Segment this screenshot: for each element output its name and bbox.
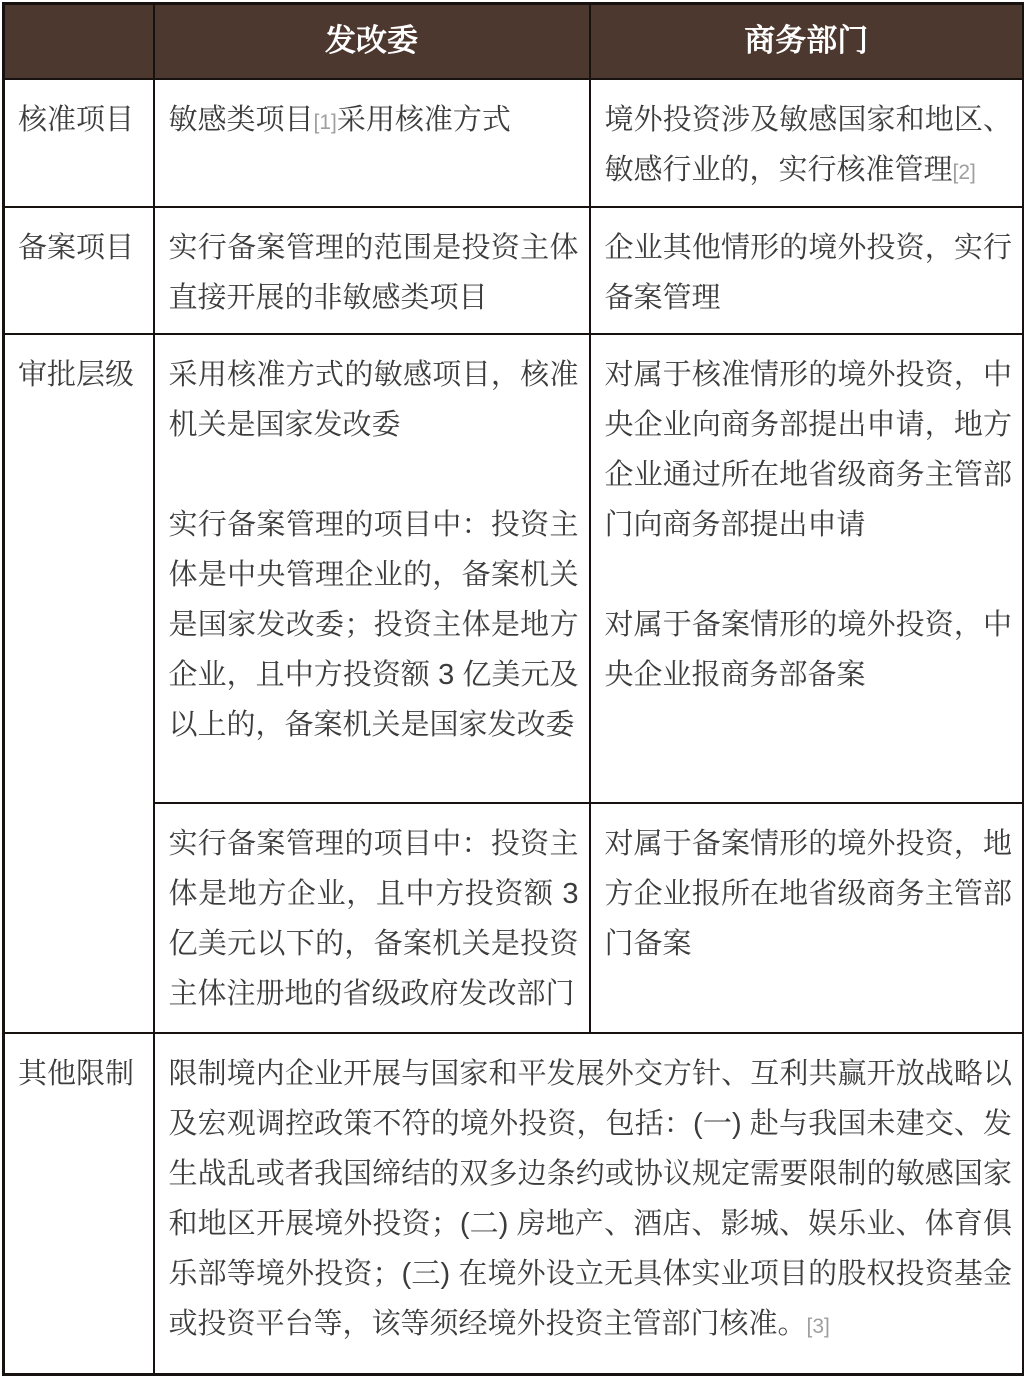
paragraph: 对属于备案情形的境外投资，地方企业报所在地省级商务主管部门备案 xyxy=(605,819,1013,969)
cell-filing-ndrc: 实行备案管理的范围是投资主体直接开展的非敏感类项目 xyxy=(154,207,590,334)
paragraph: 实行备案管理的范围是投资主体直接开展的非敏感类项目 xyxy=(169,223,579,323)
text-segment: 采用核准方式 xyxy=(337,104,511,136)
cell-level-sub2-ndrc: 实行备案管理的项目中：投资主体是地方企业，且中方投资额 3 亿美元以下的，备案机… xyxy=(154,803,590,1034)
table-header-row: 发改委 商务部门 xyxy=(4,4,1024,79)
cell-level-sub2-mofcom: 对属于备案情形的境外投资，地方企业报所在地省级商务主管部门备案 xyxy=(590,803,1024,1034)
table-row-approval-level-sub2: 实行备案管理的项目中：投资主体是地方企业，且中方投资额 3 亿美元以下的，备案机… xyxy=(4,803,1024,1034)
paragraph: 企业其他情形的境外投资，实行备案管理 xyxy=(605,223,1013,323)
text-segment: 境外投资涉及敏感国家和地区、敏感行业的，实行核准管理 xyxy=(605,104,1013,186)
paragraph: 实行备案管理的项目中：投资主体是地方企业，且中方投资额 3 亿美元以下的，备案机… xyxy=(169,819,579,1019)
paragraph: 限制境内企业开展与国家和平发展外交方针、互利共赢开放战略以及宏观调控政策不符的境… xyxy=(169,1049,1013,1352)
cell-approval-mofcom: 境外投资涉及敏感国家和地区、敏感行业的，实行核准管理[2] xyxy=(590,79,1024,207)
paragraph: 敏感类项目[1]采用核准方式 xyxy=(169,95,579,148)
cell-approval-ndrc: 敏感类项目[1]采用核准方式 xyxy=(154,79,590,207)
overseas-investment-comparison-table: 发改委 商务部门 核准项目 敏感类项目[1]采用核准方式 境外投资涉及敏感国家和… xyxy=(2,2,1024,1376)
cell-filing-mofcom: 企业其他情形的境外投资，实行备案管理 xyxy=(590,207,1024,334)
header-mofcom: 商务部门 xyxy=(590,4,1024,79)
text-segment: 敏感类项目 xyxy=(169,104,314,136)
cell-level-sub1-mofcom: 对属于核准情形的境外投资，中央企业向商务部提出申请，地方企业通过所在地省级商务主… xyxy=(590,334,1024,802)
paragraph: 采用核准方式的敏感项目，核准机关是国家发改委 xyxy=(169,350,579,450)
paragraph: 实行备案管理的项目中：投资主体是中央管理企业的，备案机关是国家发改委；投资主体是… xyxy=(169,500,579,750)
cell-level-sub1-ndrc: 采用核准方式的敏感项目，核准机关是国家发改委 实行备案管理的项目中：投资主体是中… xyxy=(154,334,590,802)
paragraph: 境外投资涉及敏感国家和地区、敏感行业的，实行核准管理[2] xyxy=(605,95,1013,198)
header-corner-cell xyxy=(4,4,154,79)
text-segment: 限制境内企业开展与国家和平发展外交方针、互利共赢开放战略以及宏观调控政策不符的境… xyxy=(169,1058,1013,1340)
paragraph: 对属于核准情形的境外投资，中央企业向商务部提出申请，地方企业通过所在地省级商务主… xyxy=(605,350,1013,550)
header-ndrc: 发改委 xyxy=(154,4,590,79)
footnote-ref-1: [1] xyxy=(314,111,337,134)
table-row-approval-projects: 核准项目 敏感类项目[1]采用核准方式 境外投资涉及敏感国家和地区、敏感行业的，… xyxy=(4,79,1024,207)
table-row-other-restrictions: 其他限制 限制境内企业开展与国家和平发展外交方针、互利共赢开放战略以及宏观调控政… xyxy=(4,1033,1024,1374)
cell-other-restrictions: 限制境内企业开展与国家和平发展外交方针、互利共赢开放战略以及宏观调控政策不符的境… xyxy=(154,1033,1024,1374)
document-page: 发改委 商务部门 核准项目 敏感类项目[1]采用核准方式 境外投资涉及敏感国家和… xyxy=(0,0,1024,1380)
paragraph: 对属于备案情形的境外投资，中央企业报商务部备案 xyxy=(605,600,1013,700)
table-row-filing-projects: 备案项目 实行备案管理的范围是投资主体直接开展的非敏感类项目 企业其他情形的境外… xyxy=(4,207,1024,334)
row-label-approval-level: 审批层级 xyxy=(4,334,154,1033)
footnote-ref-2: [2] xyxy=(953,161,976,184)
row-label-approval: 核准项目 xyxy=(4,79,154,207)
footnote-ref-3: [3] xyxy=(807,1315,830,1338)
row-label-filing: 备案项目 xyxy=(4,207,154,334)
row-label-other-restrictions: 其他限制 xyxy=(4,1033,154,1374)
table-row-approval-level-sub1: 审批层级 采用核准方式的敏感项目，核准机关是国家发改委 实行备案管理的项目中：投… xyxy=(4,334,1024,802)
